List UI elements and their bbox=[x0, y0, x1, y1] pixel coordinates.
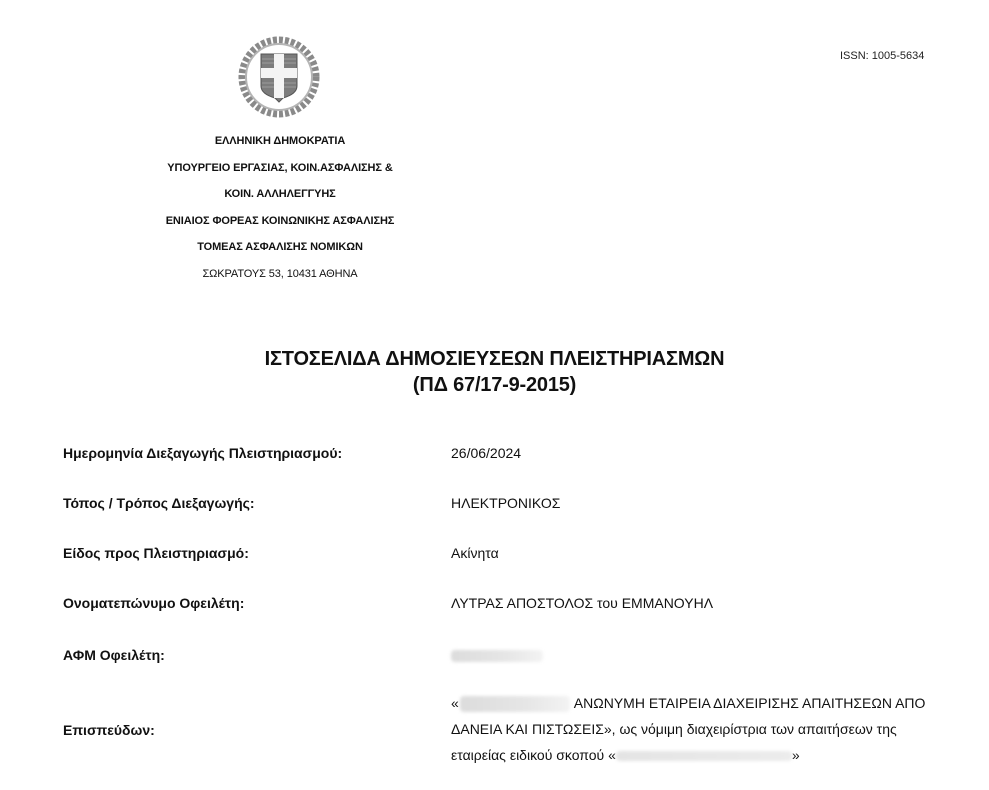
org-line-ministry: ΥΠΟΥΡΓΕΙΟ ΕΡΓΑΣΙΑΣ, ΚΟΙΝ.ΑΣΦΑΛΙΣΗΣ & bbox=[150, 155, 410, 182]
greek-coat-of-arms-icon bbox=[236, 34, 322, 120]
petitioner-line-3: εταιρείας ειδικού σκοπού «» bbox=[451, 742, 941, 768]
petitioner-value: «ΑΝΩΝΥΜΗ ΕΤΑΙΡΕΙΑ ΔΙΑΧΕΙΡΙΣΗΣ ΑΠΑΙΤΗΣΕΩΝ… bbox=[451, 690, 941, 768]
debtor-tax-id-label: ΑΦΜ Οφειλέτη: bbox=[63, 647, 165, 663]
title-line-1: ΙΣΤΟΣΕΛΙΔΑ ΔΗΜΟΣΙΕΥΣΕΩΝ ΠΛΕΙΣΤΗΡΙΑΣΜΩΝ bbox=[0, 346, 989, 372]
org-line-sector: ΤΟΜΕΑΣ ΑΣΦΑΛΙΣΗΣ ΝΟΜΙΚΩΝ bbox=[150, 234, 410, 261]
auction-date-label: Ημερομηνία Διεξαγωγής Πλειστηριασμού: bbox=[63, 445, 342, 461]
auction-date-value: 26/06/2024 bbox=[451, 445, 521, 461]
debtor-name-label: Ονοματεπώνυμο Οφειλέτη: bbox=[63, 595, 244, 611]
org-address: ΣΩΚΡΑΤΟΥΣ 53, 10431 ΑΘΗΝΑ bbox=[150, 261, 410, 288]
issn-label: ISSN: 1005-5634 bbox=[840, 50, 924, 62]
page-title: ΙΣΤΟΣΕΛΙΔΑ ΔΗΜΟΣΙΕΥΣΕΩΝ ΠΛΕΙΣΤΗΡΙΑΣΜΩΝ (… bbox=[0, 346, 989, 398]
petitioner-line-2: ΔΑΝΕΙΑ ΚΑΙ ΠΙΣΤΩΣΕΙΣ», ως νόμιμη διαχειρ… bbox=[451, 716, 941, 742]
place-method-label: Τόπος / Τρόπος Διεξαγωγής: bbox=[63, 495, 255, 511]
org-line-republic: ΕΛΛΗΝΙΚΗ ΔΗΜΟΚΡΑΤΙΑ bbox=[150, 128, 410, 155]
place-method-value: ΗΛΕΚΤΡΟΝΙΚΟΣ bbox=[451, 495, 560, 511]
petitioner-line-1: «ΑΝΩΝΥΜΗ ΕΤΑΙΡΕΙΑ ΔΙΑΧΕΙΡΙΣΗΣ ΑΠΑΙΤΗΣΕΩΝ… bbox=[451, 690, 941, 716]
petitioner-label: Επισπεύδων: bbox=[63, 722, 155, 738]
debtor-tax-id-value bbox=[451, 647, 543, 663]
close-quote: » bbox=[792, 747, 800, 763]
title-line-2: (ΠΔ 67/17-9-2015) bbox=[0, 372, 989, 398]
petitioner-company-suffix: ΑΝΩΝΥΜΗ ΕΤΑΙΡΕΙΑ ΔΙΑΧΕΙΡΙΣΗΣ ΑΠΑΙΤΗΣΕΩΝ … bbox=[574, 695, 926, 711]
redacted-spv-name bbox=[616, 751, 792, 761]
org-line-efka: ΕΝΙΑΙΟΣ ΦΟΡΕΑΣ ΚΟΙΝΩΝΙΚΗΣ ΑΣΦΑΛΙΣΗΣ bbox=[150, 208, 410, 235]
open-quote: « bbox=[451, 695, 459, 711]
petitioner-spv-prefix: εταιρείας ειδικού σκοπού « bbox=[451, 747, 616, 763]
redacted-tax-id bbox=[451, 650, 543, 662]
organization-header: ΕΛΛΗΝΙΚΗ ΔΗΜΟΚΡΑΤΙΑ ΥΠΟΥΡΓΕΙΟ ΕΡΓΑΣΙΑΣ, … bbox=[150, 128, 410, 288]
org-line-ministry-cont: ΚΟΙΝ. ΑΛΛΗΛΕΓΓΥΗΣ bbox=[150, 181, 410, 208]
item-type-label: Είδος προς Πλειστηριασμό: bbox=[63, 545, 249, 561]
item-type-value: Ακίνητα bbox=[451, 545, 499, 561]
redacted-company-name bbox=[460, 696, 570, 712]
debtor-name-value: ΛΥΤΡΑΣ ΑΠΟΣΤΟΛΟΣ του ΕΜΜΑΝΟΥΗΛ bbox=[451, 595, 713, 611]
